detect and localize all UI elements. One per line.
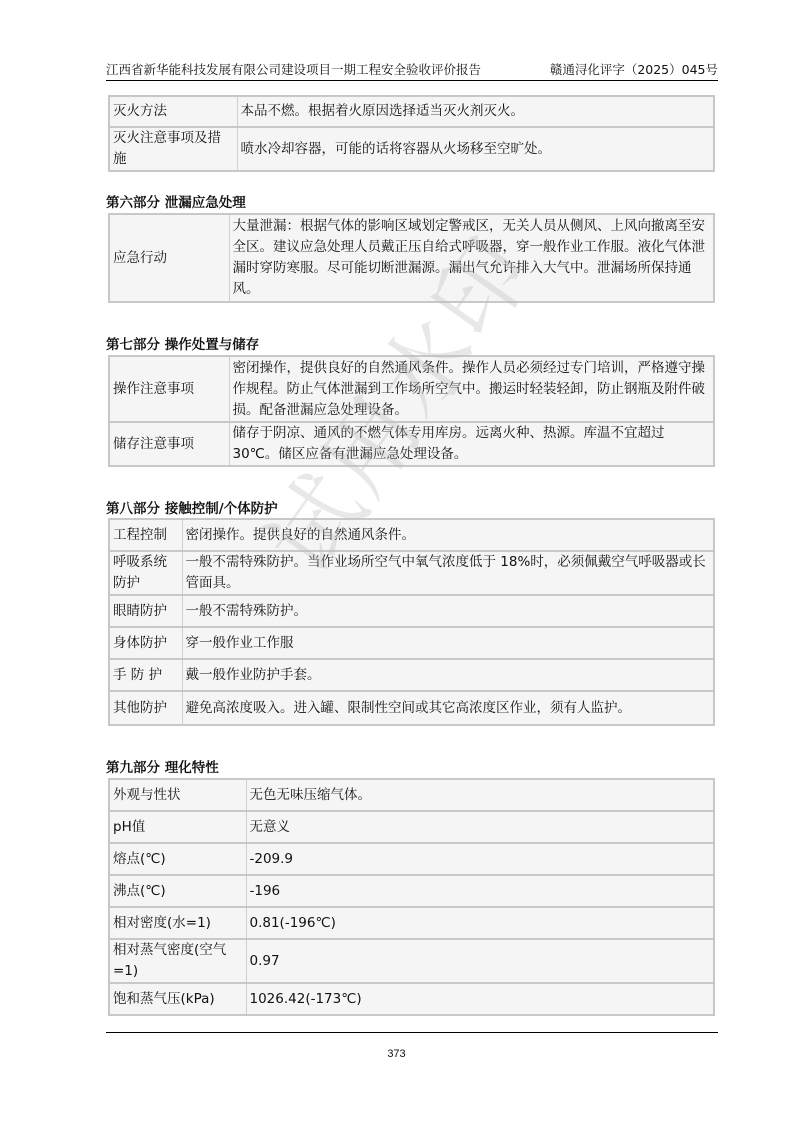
row-value: 密闭操作，提供良好的自然通风条件。操作人员必须经过专门培训，严格遵守操作规程。防…: [229, 356, 714, 422]
table-row: 呼吸系统防护 一般不需特殊防护。当作业场所空气中氧气浓度低于 18%时，必须佩戴…: [109, 551, 714, 595]
fire-fighting-table: 灭火方法 本品不燃。根据着火原因选择适当灭火剂灭火。 灭火注意事项及措施 喷水冷…: [108, 95, 715, 172]
row-key: 储存注意事项: [109, 422, 229, 466]
row-key: 饱和蒸气压(kPa): [109, 983, 246, 1015]
row-value: 大量泄漏：根据气体的影响区域划定警戒区，无关人员从侧风、上风向撤离至安全区。建议…: [229, 214, 714, 302]
row-value: 一般不需特殊防护。当作业场所空气中氧气浓度低于 18%时，必须佩戴空气呼吸器或长…: [182, 551, 714, 595]
table-row: 储存注意事项 储存于阴凉、通风的不燃气体专用库房。远离火种、热源。库温不宜超过 …: [109, 422, 714, 466]
section-title-properties: 第九部分 理化特性: [106, 760, 219, 776]
row-value: 穿一般作业工作服: [182, 627, 714, 659]
row-key: 熔点(℃): [109, 843, 246, 875]
footer-divider: [106, 1032, 718, 1033]
leak-response-table: 应急行动 大量泄漏：根据气体的影响区域划定警戒区，无关人员从侧风、上风向撤离至安…: [108, 213, 715, 303]
row-key: 相对密度(水=1): [109, 907, 246, 939]
row-value: 储存于阴凉、通风的不燃气体专用库房。远离火种、热源。库温不宜超过 30℃。储区应…: [229, 422, 714, 466]
exposure-control-table: 工程控制 密闭操作。提供良好的自然通风条件。 呼吸系统防护 一般不需特殊防护。当…: [108, 518, 715, 726]
row-key: 沸点(℃): [109, 875, 246, 907]
row-value: 避免高浓度吸入。进入罐、限制性空间或其它高浓度区作业，须有人监护。: [182, 691, 714, 725]
physical-properties-table: 外观与性状 无色无味压缩气体。 pH值 无意义 熔点(℃) -209.9 沸点(…: [108, 778, 715, 1016]
table-row: 工程控制 密闭操作。提供良好的自然通风条件。: [109, 519, 714, 551]
row-key: 工程控制: [109, 519, 182, 551]
row-key: 眼睛防护: [109, 595, 182, 627]
row-value: 戴一般作业防护手套。: [182, 659, 714, 691]
table-row: 身体防护 穿一般作业工作服: [109, 627, 714, 659]
row-value: 1026.42(-173℃): [246, 983, 714, 1015]
row-key: 手 防 护: [109, 659, 182, 691]
row-value: -209.9: [246, 843, 714, 875]
row-key: 呼吸系统防护: [109, 551, 182, 595]
row-key: 外观与性状: [109, 779, 246, 811]
report-title: 江西省新华能科技发展有限公司建设项目一期工程安全验收评价报告: [106, 62, 481, 78]
table-row: 熔点(℃) -209.9: [109, 843, 714, 875]
row-value: 本品不燃。根据着火原因选择适当灭火剂灭火。: [237, 96, 714, 127]
table-row: 其他防护 避免高浓度吸入。进入罐、限制性空间或其它高浓度区作业，须有人监护。: [109, 691, 714, 725]
table-row: 饱和蒸气压(kPa) 1026.42(-173℃): [109, 983, 714, 1015]
row-value: 无意义: [246, 811, 714, 843]
row-key: 灭火方法: [109, 96, 237, 127]
table-row: 相对蒸气密度(空气=1) 0.97: [109, 939, 714, 983]
row-value: 无色无味压缩气体。: [246, 779, 714, 811]
page-header: 江西省新华能科技发展有限公司建设项目一期工程安全验收评价报告 赣通浔化评字（20…: [106, 62, 718, 81]
section-title-handling: 第七部分 操作处置与储存: [106, 337, 259, 353]
row-key: pH值: [109, 811, 246, 843]
table-row: 手 防 护 戴一般作业防护手套。: [109, 659, 714, 691]
row-value: 密闭操作。提供良好的自然通风条件。: [182, 519, 714, 551]
table-row: 相对密度(水=1) 0.81(-196℃): [109, 907, 714, 939]
table-row: 应急行动 大量泄漏：根据气体的影响区域划定警戒区，无关人员从侧风、上风向撤离至安…: [109, 214, 714, 302]
row-value: -196: [246, 875, 714, 907]
page-number: 373: [0, 1048, 793, 1060]
table-row: 操作注意事项 密闭操作，提供良好的自然通风条件。操作人员必须经过专门培训，严格遵…: [109, 356, 714, 422]
row-key: 其他防护: [109, 691, 182, 725]
table-row: pH值 无意义: [109, 811, 714, 843]
row-key: 操作注意事项: [109, 356, 229, 422]
table-row: 灭火注意事项及措施 喷水冷却容器，可能的话将容器从火场移至空旷处。: [109, 127, 714, 171]
table-row: 眼睛防护 一般不需特殊防护。: [109, 595, 714, 627]
row-key: 相对蒸气密度(空气=1): [109, 939, 246, 983]
table-row: 外观与性状 无色无味压缩气体。: [109, 779, 714, 811]
table-row: 灭火方法 本品不燃。根据着火原因选择适当灭火剂灭火。: [109, 96, 714, 127]
handling-storage-table: 操作注意事项 密闭操作，提供良好的自然通风条件。操作人员必须经过专门培训，严格遵…: [108, 355, 715, 467]
row-value: 0.81(-196℃): [246, 907, 714, 939]
table-row: 沸点(℃) -196: [109, 875, 714, 907]
section-title-exposure: 第八部分 接触控制/个体防护: [106, 501, 278, 517]
row-key: 灭火注意事项及措施: [109, 127, 237, 171]
row-key: 身体防护: [109, 627, 182, 659]
section-title-leak: 第六部分 泄漏应急处理: [106, 195, 246, 211]
row-value: 0.97: [246, 939, 714, 983]
row-value: 一般不需特殊防护。: [182, 595, 714, 627]
row-key: 应急行动: [109, 214, 229, 302]
row-value: 喷水冷却容器，可能的话将容器从火场移至空旷处。: [237, 127, 714, 171]
document-number: 赣通浔化评字（2025）045号: [550, 62, 718, 78]
